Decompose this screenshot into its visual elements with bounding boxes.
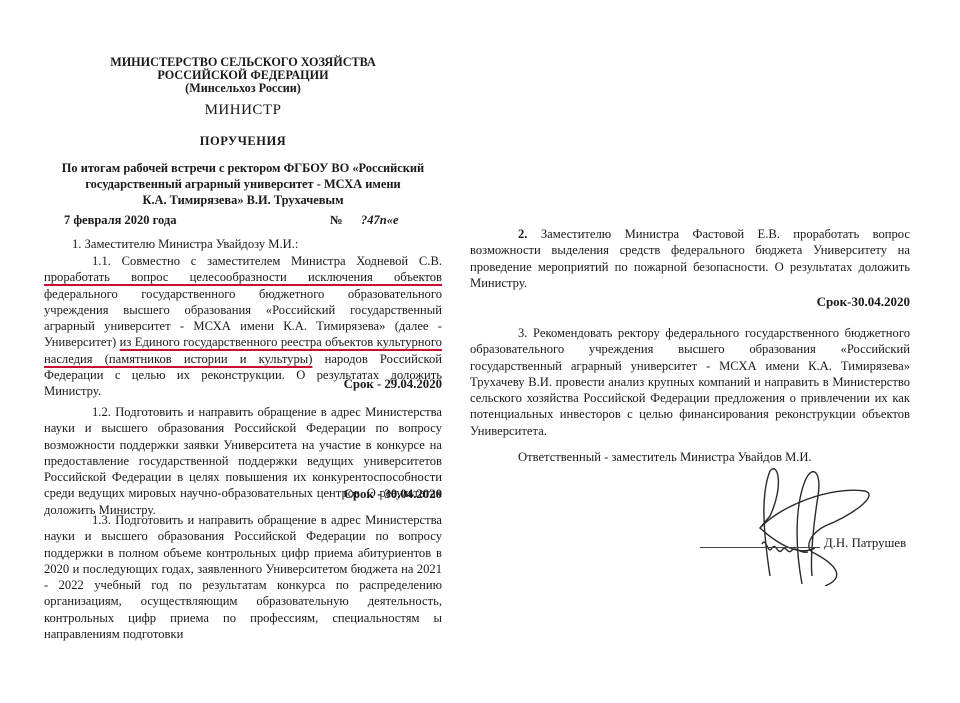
signer-name: Д.Н. Патрушев — [824, 536, 906, 551]
position-title: МИНИСТР — [44, 102, 442, 119]
deadline-1-1: Срок - 29.04.2020 — [344, 377, 442, 392]
responsible-person: Ответственный - заместитель Министра Ува… — [518, 449, 812, 465]
document-type: ПОРУЧЕНИЯ — [44, 134, 442, 149]
section-2-text: Заместителю Министра Фастовой Е.В. прора… — [470, 227, 910, 290]
section-2: 2. Заместителю Министра Фастовой Е.В. пр… — [470, 226, 910, 291]
ministry-header: МИНИСТЕРСТВО СЕЛЬСКОГО ХОЗЯЙСТВА РОССИЙС… — [44, 56, 442, 95]
item-1-3: 1.3. Подготовить и направить обращение в… — [44, 512, 442, 642]
ministry-short-name: (Минсельхоз России) — [44, 82, 442, 95]
subject-line-1: По итогам рабочей встречи с ректором ФГБ… — [44, 160, 442, 176]
item-1-1-prefix: 1.1. Совместно с заместителем Министра Х… — [92, 254, 442, 268]
number-sign: № — [330, 213, 343, 228]
document-number: ?47п«е — [361, 213, 399, 228]
deadline-2: Срок-30.04.2020 — [817, 294, 910, 310]
section-3: 3. Рекомендовать ректору федерального го… — [470, 325, 910, 439]
highlight-underline-1: проработать вопрос целесообразности искл… — [44, 270, 442, 284]
section-1-heading: 1. Заместителю Министра Увайдозу М.И.: — [44, 236, 442, 252]
document-date: 7 февраля 2020 года — [64, 213, 177, 227]
subject-line-3: К.А. Тимирязева» В.И. Трухачевым — [44, 192, 442, 208]
signature-line — [700, 547, 820, 548]
subject-line-2: государственный аграрный университет - М… — [44, 176, 442, 192]
signature-icon — [740, 466, 940, 586]
deadline-1-2: Срок - 30.04.2020 — [344, 487, 442, 502]
date-number-line: 7 февраля 2020 года № ?47п«е — [64, 213, 442, 228]
document-subject: По итогам рабочей встречи с ректором ФГБ… — [44, 160, 442, 208]
